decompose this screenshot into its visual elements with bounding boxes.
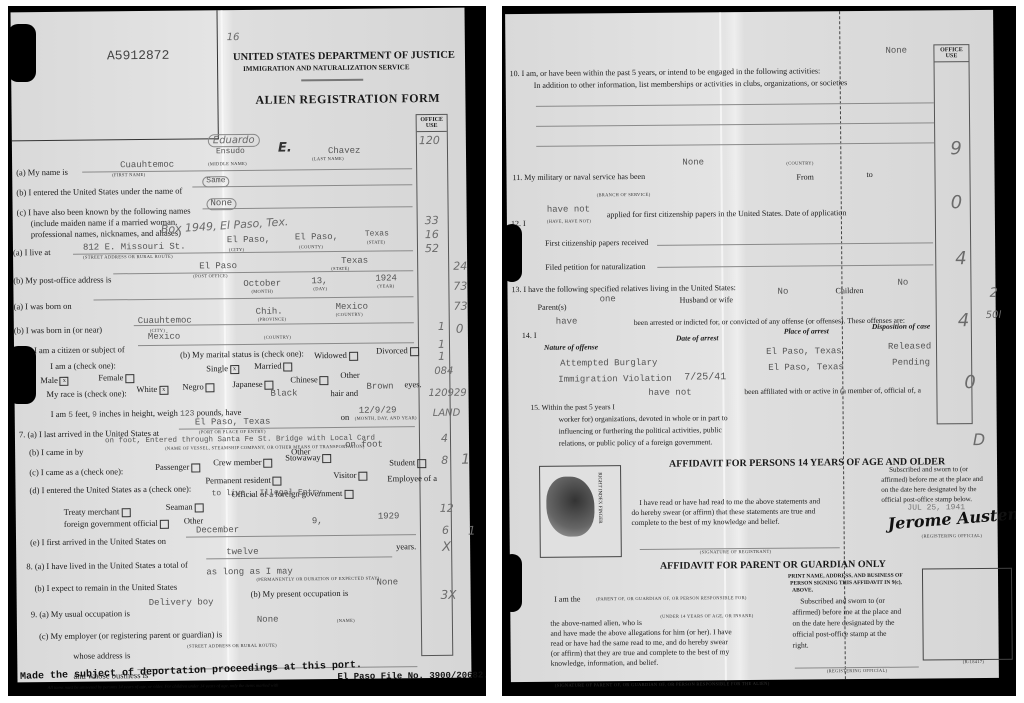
q14-label: 14. I xyxy=(522,332,537,341)
field-caption: (REGISTERING OFFICIAL) xyxy=(922,534,983,539)
checkbox-single-checked[interactable]: x xyxy=(230,365,239,374)
field-line xyxy=(113,270,413,274)
entered-foreign-official[interactable]: foreign government official xyxy=(64,519,171,530)
fingerprint-icon xyxy=(546,476,595,536)
field-caption: (LAST NAME) xyxy=(312,157,344,162)
offense-disposition: Released xyxy=(888,342,931,352)
q6-text: hair and xyxy=(330,389,358,399)
entered-seaman[interactable]: Seaman xyxy=(166,502,206,512)
option-label: Treaty merchant xyxy=(64,506,120,517)
years-suffix: years. xyxy=(396,542,416,552)
column-header: Place of arrest xyxy=(784,327,829,336)
years-lived: twelve xyxy=(226,548,259,558)
checkbox-chinese[interactable] xyxy=(320,376,329,385)
q5c-label: My race is (check one): xyxy=(46,389,126,399)
field-caption: (FIRST NAME) xyxy=(112,173,145,178)
column-header: Nature of offense xyxy=(544,343,598,352)
entered-treaty-merchant[interactable]: Treaty merchant xyxy=(64,507,133,517)
offense-row: Attempted Burglary El Paso, Texas Releas… xyxy=(505,10,993,14)
q6-text: I am xyxy=(51,409,66,419)
q8b-label: (b) I expect to remain in the United Sta… xyxy=(34,583,177,594)
race-negro[interactable]: Negro xyxy=(182,382,216,392)
field-caption: (UNDER 14 YEARS OF AGE, OR INSANE) xyxy=(660,614,753,620)
option-label: Chinese xyxy=(290,374,317,384)
guardian-text: the above-named alien, who is xyxy=(550,619,642,628)
q6-text: pounds, have xyxy=(197,407,242,417)
offense-place: El Paso, Texas xyxy=(766,347,842,358)
q3a-label: (a) I was born on xyxy=(14,302,72,312)
print-instruction: PERSON SIGNING THIS AFFIDAVIT IN 9(c), xyxy=(790,580,902,587)
marital-divorced[interactable]: Divorced xyxy=(376,346,421,356)
margin-mark: 2 xyxy=(989,286,997,301)
divider xyxy=(301,79,363,82)
field-line xyxy=(536,142,934,146)
guardian-text: (or affirm) that they are true and compl… xyxy=(551,648,730,658)
race-japanese[interactable]: Japanese xyxy=(232,380,275,390)
option-label: Married xyxy=(254,361,281,371)
q2a-label: (a) I live at xyxy=(13,248,51,258)
file-number-note: El Paso File No. 3900/20682. xyxy=(337,671,486,682)
q10-label: In addition to other information, list m… xyxy=(534,79,848,91)
checkbox[interactable] xyxy=(160,519,169,528)
q11-label: 11. My military or naval service has bee… xyxy=(512,173,645,183)
checkbox-divorced[interactable] xyxy=(410,347,419,356)
parents-value: one xyxy=(600,295,616,305)
office-use-value: 0 xyxy=(964,372,976,393)
margin-mark: 1 xyxy=(461,452,470,468)
race-other[interactable]: Other xyxy=(340,371,359,381)
office-use-value: 1 xyxy=(438,350,445,363)
to-label: to xyxy=(866,171,872,180)
punch-hole xyxy=(502,554,522,612)
field-caption: (CITY) xyxy=(229,248,244,253)
field-caption: (COUNTRY) xyxy=(264,335,291,340)
sworn-text: Subscribed and sworn to (or xyxy=(889,466,968,474)
arrival-place: El Paso, Texas xyxy=(195,418,271,429)
field-caption: (STREET ADDRESS OR RURAL ROUTE) xyxy=(187,644,277,650)
office-use-value: X xyxy=(442,540,451,555)
file-number-stamp: A5912872 xyxy=(107,49,170,64)
name-middle-handwritten: Eduardo xyxy=(208,134,260,148)
sworn-text: on the date here designated by the xyxy=(881,486,976,495)
q1a-label: (a) My name is xyxy=(16,168,68,178)
other-value: on foot xyxy=(345,441,383,451)
option-label: Widowed xyxy=(314,350,347,360)
field-caption: (SIGNATURE OF PARENT OF, OR GUARDIAN OF,… xyxy=(555,682,770,689)
sworn-text: right. xyxy=(793,642,809,650)
post-office-value: El Paso xyxy=(199,262,237,272)
office-use-value: 084 xyxy=(434,366,453,377)
q14-text: been arrested or indicted for, or convic… xyxy=(634,317,905,328)
first-arrival-month: December xyxy=(196,526,239,536)
column-header: Date of arrest xyxy=(676,334,719,343)
q7a-on: on xyxy=(341,413,350,422)
option-label: White xyxy=(136,384,157,394)
q13-label: 13. I have the following specified relat… xyxy=(511,284,735,295)
sworn-text: official post-office stamp at the xyxy=(792,630,886,639)
q12-text: applied for first citizenship papers in … xyxy=(607,209,847,220)
office-use-value: 6 xyxy=(442,524,449,537)
margin-mark: 1 xyxy=(468,524,476,538)
office-use-value: 0 xyxy=(951,192,963,213)
office-use-value: 16 xyxy=(425,228,439,241)
address-city: El Paso, xyxy=(227,236,270,246)
q6-text: feet, xyxy=(75,409,90,419)
office-use-value: 0 xyxy=(456,322,464,336)
fold-crease xyxy=(719,12,727,680)
option-label: Other xyxy=(340,370,359,380)
option-label: Japanese xyxy=(232,379,262,389)
q15-text: been affiliated with or active in (a mem… xyxy=(744,387,921,397)
checkbox[interactable] xyxy=(191,463,200,472)
address-county: El Paso, xyxy=(295,233,338,243)
offense-nature: Attempted Burglary xyxy=(560,359,657,370)
form-number: (R-18417) xyxy=(963,660,984,665)
q7e-label: (e) I first arrived in the United States… xyxy=(30,537,166,548)
affidavit-text: complete to the best of my knowledge and… xyxy=(632,518,780,528)
usual-occupation: Delivery boy xyxy=(149,598,214,609)
q9-address-label: whose address is xyxy=(73,651,130,661)
office-use-value: 12 xyxy=(440,502,454,515)
column-header: Disposition of case xyxy=(872,322,930,331)
field-caption: (COUNTRY) xyxy=(336,313,363,318)
q7c-label: (c) I came as a (check one): xyxy=(29,467,123,477)
marital-married[interactable]: Married xyxy=(254,361,294,371)
punch-hole xyxy=(8,346,36,404)
option-label: Negro xyxy=(182,381,203,391)
option-label: Student xyxy=(389,457,415,467)
checkbox[interactable] xyxy=(344,489,353,498)
service-name: IMMIGRATION AND NATURALIZATION SERVICE xyxy=(243,64,409,73)
form-title: ALIEN REGISTRATION FORM xyxy=(255,92,440,107)
field-caption: (NAME OF VESSEL, STEAMSHIP COMPANY, OR O… xyxy=(165,445,365,452)
q7b-label: (b) I came in by xyxy=(29,448,83,458)
checkbox[interactable] xyxy=(121,508,130,517)
entered-other-value: to live , Illegal Entry xyxy=(212,489,323,499)
q9a-label: 9. (a) My usual occupation is xyxy=(31,609,130,619)
q9c-label: (c) My employer (or registering parent o… xyxy=(39,630,222,641)
checkbox-white-checked[interactable]: x xyxy=(159,385,168,394)
q2b-label: (b) My post-office address is xyxy=(13,275,111,285)
race-white[interactable]: Whitex xyxy=(136,385,170,395)
checkbox-married[interactable] xyxy=(284,362,293,371)
checkbox[interactable] xyxy=(195,503,204,512)
q10-label: 10. I am, or have been within the past 5… xyxy=(510,67,821,79)
marital-single[interactable]: Singlex xyxy=(206,364,241,374)
field-caption: (NAME) xyxy=(337,619,355,624)
fingerprint-box: RIGHT INDEX FINGER xyxy=(539,465,622,558)
footnote: All items must be answered by persons 14… xyxy=(48,684,279,691)
office-use-value: LAND xyxy=(433,408,461,419)
offense-nature: Immigration Violation xyxy=(558,375,672,386)
checkbox[interactable] xyxy=(273,476,282,485)
field-caption: (COUNTRY) xyxy=(786,161,813,166)
field-caption: (MONTH, DAY, AND YEAR) xyxy=(355,416,417,422)
field-line xyxy=(657,264,933,267)
office-use-value: 33 xyxy=(425,214,439,227)
stamp-mark: 16 xyxy=(227,32,240,43)
q15-text: influencing or furthering the political … xyxy=(559,426,722,436)
office-use-value: 3X xyxy=(441,588,457,602)
children-label: Children xyxy=(835,287,863,296)
sex-female[interactable]: Female xyxy=(98,373,136,383)
marital-widowed[interactable]: Widowed xyxy=(314,351,360,361)
activities-value: None xyxy=(885,47,907,57)
option-label: Divorced xyxy=(376,345,408,355)
q7d-label: (d) I entered the United States as a (ch… xyxy=(29,485,191,496)
checkbox-negro[interactable] xyxy=(206,383,215,392)
children-value: No xyxy=(897,279,908,289)
address-state: Texas xyxy=(365,230,389,239)
field-caption: (YEAR) xyxy=(377,284,394,289)
checkbox[interactable] xyxy=(264,458,273,467)
checkbox[interactable] xyxy=(323,454,332,463)
q6-text: inches in height, weigh xyxy=(99,408,178,419)
field-caption: (REGISTERING OFFICIAL) xyxy=(827,669,888,674)
office-use-value: 73 xyxy=(454,300,468,313)
agency-name: UNITED STATES DEPARTMENT OF JUSTICE xyxy=(233,50,455,64)
offense-date: 7/25/41 xyxy=(684,372,726,383)
guardian-text: I am the xyxy=(554,596,580,605)
office-use-value: 4 xyxy=(441,432,448,445)
field-line xyxy=(138,342,414,346)
sworn-text: on the date here designated by the xyxy=(792,619,894,628)
punch-hole xyxy=(8,24,36,82)
official-signature: Jerome Austen xyxy=(887,505,1016,533)
name-first: Cuauhtemoc xyxy=(120,161,174,171)
field-caption: (COUNTY) xyxy=(299,245,323,250)
parents-label: Parent(s) xyxy=(538,304,567,313)
field-caption: (HAVE, HAVE NOT) xyxy=(547,219,591,224)
office-use-value: 4 xyxy=(955,248,967,269)
margin-mark: D xyxy=(973,430,985,449)
q9b-label: (b) My present occupation is xyxy=(251,589,349,599)
name-initial: E. xyxy=(278,141,292,155)
height-inches: 9 xyxy=(92,411,97,420)
office-use-value: 4 xyxy=(958,310,970,331)
checkbox-male-checked[interactable]: x xyxy=(60,376,69,385)
q4-label: I am a citizen or subject of xyxy=(34,345,125,355)
form-back-paper: OFFICE USE 9 0 4 4 0 2 50l D 10. I am, o… xyxy=(505,10,999,682)
field-caption: (SIGNATURE OF REGISTRANT) xyxy=(700,550,772,556)
option-label: Employee of a xyxy=(387,474,437,484)
office-use-header: OFFICE USE xyxy=(417,115,447,132)
field-line xyxy=(536,102,934,106)
field-line xyxy=(94,296,414,300)
field-line xyxy=(536,122,934,126)
option-label: Single xyxy=(206,363,228,373)
option-label: foreign government official xyxy=(64,518,158,529)
race-chinese[interactable]: Chinese xyxy=(290,375,330,385)
entered-student[interactable]: Student xyxy=(389,458,428,468)
came-as-passenger[interactable]: Passenger xyxy=(155,462,202,472)
q6-text: eyes. xyxy=(404,380,421,390)
q5b-label: (b) My marital status is (check one): xyxy=(180,349,304,360)
petition-label: Filed petition for naturalization xyxy=(545,263,645,273)
office-use-column: OFFICE USE xyxy=(933,44,972,424)
field-caption: (STREET ADDRESS OR RURAL ROUTE) xyxy=(83,255,173,261)
checkbox-widowed[interactable] xyxy=(349,351,358,360)
field-line xyxy=(657,242,933,245)
checkbox[interactable] xyxy=(358,471,367,480)
guardian-text: knowledge, information, and belief. xyxy=(551,659,659,668)
sworn-text: affirmed) before me at the place and xyxy=(792,608,901,617)
print-instruction: PRINT NAME, ADDRESS, AND BUSINESS OF xyxy=(788,573,903,580)
q1c-label: professional names, nicknames, and alias… xyxy=(31,229,181,240)
option-label: Visitor xyxy=(333,470,356,480)
affidavit-guardian-title: AFFIDAVIT FOR PARENT OR GUARDIAN ONLY xyxy=(660,559,886,572)
field-caption: (STATE) xyxy=(367,240,385,245)
form-front-scan: A5912872 16 UNITED STATES DEPARTMENT OF … xyxy=(8,6,486,696)
from-label: From xyxy=(796,173,813,182)
office-use-value: 8 xyxy=(441,454,448,467)
weight-value: 123 xyxy=(180,409,194,418)
field-caption: (MONTH) xyxy=(251,290,273,295)
affidavit-text: do hereby swear (or affirm) that these s… xyxy=(631,507,815,517)
citizenship-value: Mexico xyxy=(148,333,181,343)
first-papers-label: First citizenship papers received xyxy=(545,239,648,249)
first-arrival-year: 1929 xyxy=(378,512,400,522)
affiliation-status: have not xyxy=(648,389,691,399)
field-caption: (MIDDLE NAME) xyxy=(208,162,247,167)
field-caption: (PERMANENTLY OR DURATION OF EXPECTED STA… xyxy=(256,577,379,583)
office-use-value: 52 xyxy=(425,242,439,255)
office-use-value: 9 xyxy=(950,138,962,159)
option-label: Permanent resident xyxy=(205,475,270,486)
option-label: Stowaway xyxy=(285,452,321,462)
citizenship-papers-status: have not xyxy=(547,205,590,215)
field-caption: (POST OFFICE) xyxy=(193,274,228,279)
q5a-label: I am a (check one): xyxy=(50,361,116,371)
margin-mark: 50l xyxy=(986,310,1002,321)
q15-text: worker for) organizations, devoted in wh… xyxy=(559,414,728,424)
spouse-label: Husband or wife xyxy=(680,296,733,305)
q15-text: relations, or public policy of a foreign… xyxy=(559,438,713,448)
came-as-stowaway[interactable]: Stowaway xyxy=(285,453,334,463)
height-feet: 5 xyxy=(68,411,73,420)
employer-value: None xyxy=(257,616,279,626)
file-number-box xyxy=(11,10,219,141)
field-caption: (STATE) xyxy=(331,267,349,272)
checkbox-female[interactable] xyxy=(125,374,134,383)
print-instruction: ABOVE. xyxy=(792,587,813,593)
sworn-text: affirmed) before me at the place and xyxy=(881,476,983,485)
office-use-value: 1 xyxy=(438,320,445,333)
sex-male[interactable]: Malex xyxy=(40,376,71,386)
field-caption: (DAY) xyxy=(313,287,327,292)
present-occupation: None xyxy=(376,578,398,588)
entered-permanent[interactable]: Permanent resident xyxy=(205,476,283,486)
option-label: Female xyxy=(98,372,123,382)
first-arrival-day: 9, xyxy=(312,517,323,527)
option-label: Crew member xyxy=(213,457,261,468)
q15-label: 15. Within the past 5 years I xyxy=(530,403,614,412)
option-label: Seaman xyxy=(166,502,193,512)
office-use-value: 120 xyxy=(419,134,440,147)
military-service-value: None xyxy=(682,158,704,168)
option-label: Male xyxy=(40,375,58,385)
offense-row: Immigration Violation 7/25/41 El Paso, T… xyxy=(505,10,993,14)
offense-disposition: Pending xyxy=(892,358,930,368)
q3b-label: (b) I was born in (or near) xyxy=(14,325,102,335)
office-use-value: 24 xyxy=(453,260,467,273)
q1b-label: (b) I entered the United States under th… xyxy=(16,187,182,198)
checkbox[interactable] xyxy=(417,459,426,468)
form-front-paper: A5912872 16 UNITED STATES DEPARTMENT OF … xyxy=(11,8,472,683)
sworn-text: Subscribed and sworn to (or xyxy=(800,597,885,606)
arrested-status: have xyxy=(556,318,578,328)
option-label: Passenger xyxy=(155,462,189,472)
office-use-value: 73 xyxy=(453,280,467,293)
entered-visitor[interactable]: Visitor xyxy=(333,471,369,481)
postmark-stamp-box xyxy=(922,568,1013,661)
punch-hole xyxy=(502,224,522,282)
came-as-crew[interactable]: Crew member xyxy=(213,458,274,468)
eye-color: Brown xyxy=(366,382,393,392)
field-caption: (PORT OR PLACE OF ENTRY) xyxy=(199,430,266,436)
offense-place: El Paso, Texas xyxy=(768,363,844,374)
name-middle-struck: Ensudo xyxy=(216,148,245,157)
hair-color: Black xyxy=(270,389,297,399)
spouse-value: No xyxy=(777,288,788,298)
q8a-label: 8. (a) I have lived in the United States… xyxy=(26,561,188,572)
office-use-header: OFFICE USE xyxy=(934,45,968,62)
field-caption: (BRANCH OF SERVICE) xyxy=(597,193,651,198)
fingerprint-label: RIGHT INDEX FINGER xyxy=(596,472,602,523)
field-caption: (PROVINCE) xyxy=(258,318,287,323)
form-back-scan: OFFICE USE 9 0 4 4 0 2 50l D 10. I am, o… xyxy=(502,6,1016,696)
office-use-value: 120929 xyxy=(428,388,466,399)
